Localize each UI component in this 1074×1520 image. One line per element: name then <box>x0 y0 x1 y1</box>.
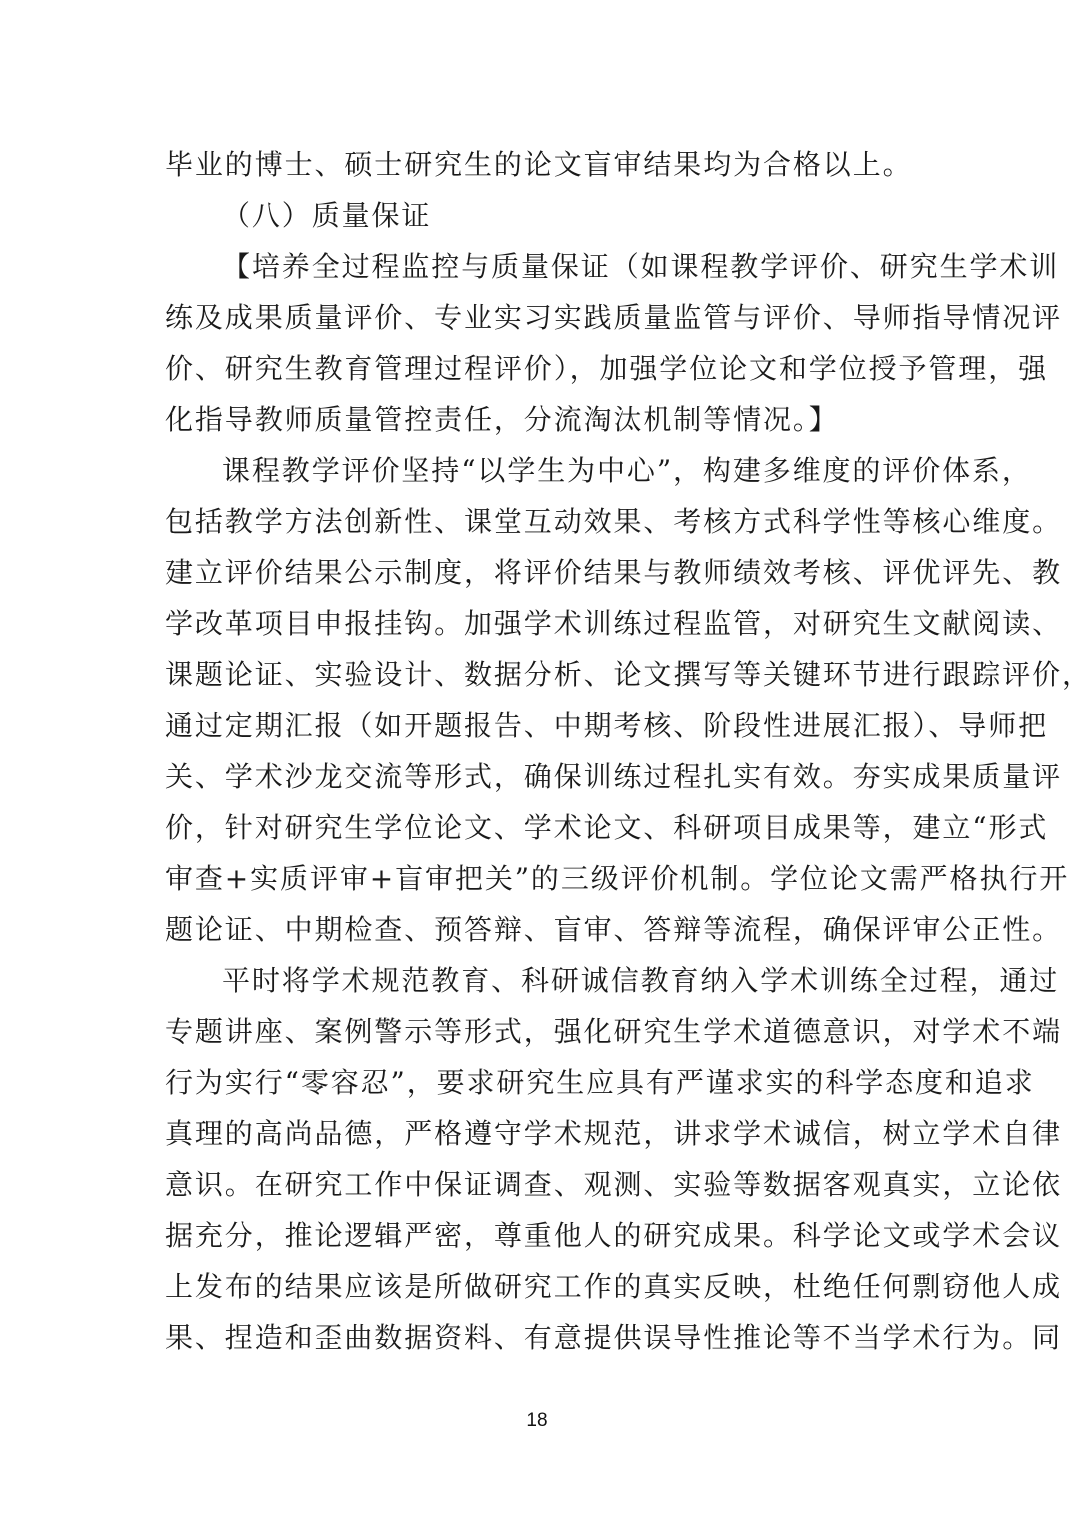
text-line-23: 上发布的结果应该是所做研究工作的真实反映，杜绝任何剽窃他人成 <box>165 1267 915 1307</box>
text-line-22: 据充分，推论逻辑严密，尊重他人的研究成果。科学论文或学术会议 <box>165 1216 915 1256</box>
text-line-11: 课题论证、实验设计、数据分析、论文撰写等关键环节进行跟踪评价， <box>165 655 915 695</box>
text-line-1: 毕业的博士、硕士研究生的论文盲审结果均为合格以上。 <box>165 145 915 185</box>
text-line-6: 化指导教师质量管控责任，分流淘汰机制等情况。】 <box>165 400 915 440</box>
section-heading: （八）质量保证 <box>222 196 915 236</box>
text-line-15: 审查+实质评审+盲审把关”的三级评价机制。学位论文需严格执行开 <box>165 859 915 899</box>
page-number: 18 <box>0 1410 1074 1432</box>
text-line-7: 课程教学评价坚持“以学生为中心”，构建多维度的评价体系， <box>222 451 915 491</box>
text-line-18: 专题讲座、案例警示等形式，强化研究生学术道德意识，对学术不端 <box>165 1012 915 1052</box>
text-line-10: 学改革项目申报挂钩。加强学术训练过程监管，对研究生文献阅读、 <box>165 604 915 644</box>
text-line-16: 题论证、中期检查、预答辩、盲审、答辩等流程，确保评审公正性。 <box>165 910 915 950</box>
text-line-5: 价、研究生教育管理过程评价），加强学位论文和学位授予管理，强 <box>165 349 915 389</box>
document-page: 毕业的博士、硕士研究生的论文盲审结果均为合格以上。 （八）质量保证 【培养全过程… <box>0 0 1074 1520</box>
text-line-21: 意识。在研究工作中保证调查、观测、实验等数据客观真实，立论依 <box>165 1165 915 1205</box>
text-line-9: 建立评价结果公示制度，将评价结果与教师绩效考核、评优评先、教 <box>165 553 915 593</box>
text-line-3: 【培养全过程监控与质量保证（如课程教学评价、研究生学术训 <box>222 247 915 287</box>
text-line-4: 练及成果质量评价、专业实习实践质量监管与评价、导师指导情况评 <box>165 298 915 338</box>
text-line-20: 真理的高尚品德，严格遵守学术规范，讲求学术诚信，树立学术自律 <box>165 1114 915 1154</box>
text-line-13: 关、学术沙龙交流等形式，确保训练过程扎实有效。夯实成果质量评 <box>165 757 915 797</box>
text-line-8: 包括教学方法创新性、课堂互动效果、考核方式科学性等核心维度。 <box>165 502 915 542</box>
text-line-24: 果、捏造和歪曲数据资料、有意提供误导性推论等不当学术行为。同 <box>165 1318 915 1358</box>
text-line-17: 平时将学术规范教育、科研诚信教育纳入学术训练全过程，通过 <box>222 961 915 1001</box>
text-line-14: 价，针对研究生学位论文、学术论文、科研项目成果等，建立“形式 <box>165 808 915 848</box>
text-line-19: 行为实行“零容忍”，要求研究生应具有严谨求实的科学态度和追求 <box>165 1063 915 1103</box>
text-line-12: 通过定期汇报（如开题报告、中期考核、阶段性进展汇报）、导师把 <box>165 706 915 746</box>
